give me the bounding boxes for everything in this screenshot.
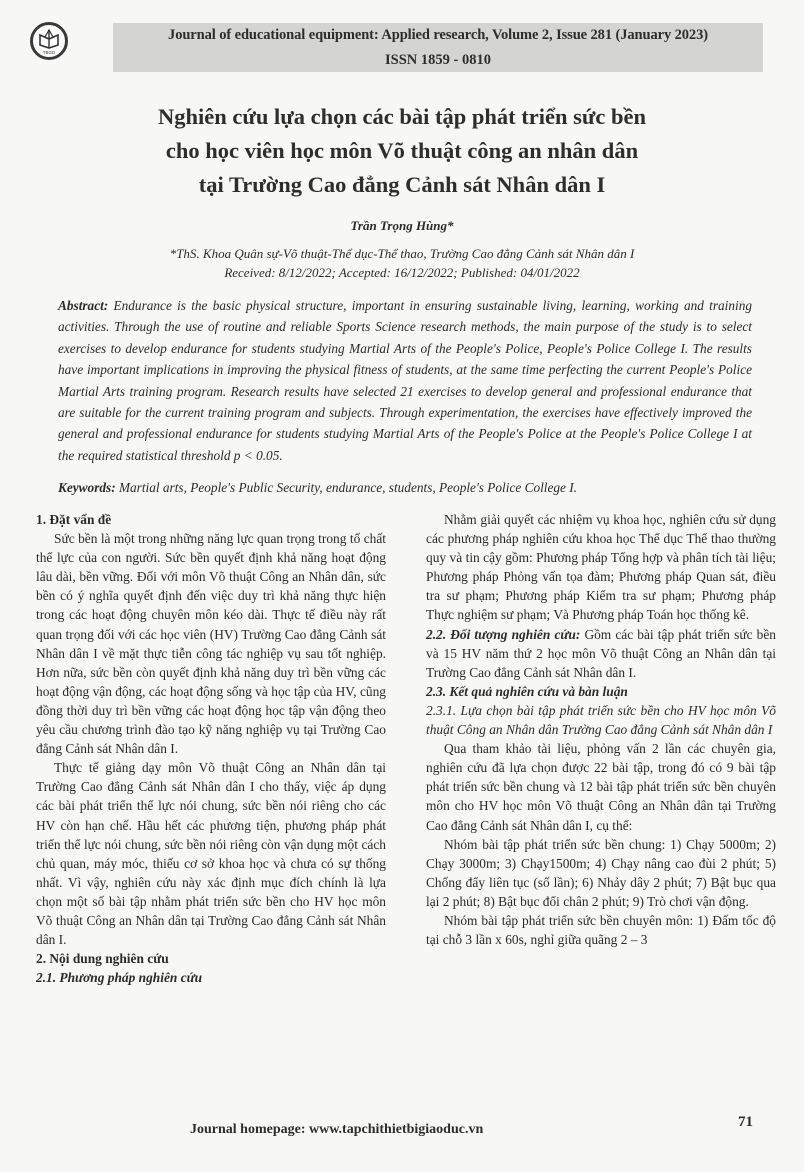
journal-homepage-footer: Journal homepage: www.tapchithietbigiaod… [190, 1122, 483, 1138]
section-heading-content: 2. Nội dung nghiên cứu [36, 949, 386, 968]
subsection-heading-subjects: 2.2. Đối tượng nghiên cứu: [426, 627, 580, 642]
subsubsection-heading-selection: 2.3.1. Lựa chọn bài tập phát triển sức b… [426, 701, 776, 739]
publication-dates: Received: 8/12/2022; Accepted: 16/12/202… [0, 263, 804, 282]
paragraph: Qua tham khảo tài liệu, phỏng vấn 2 lần … [426, 739, 776, 834]
tbgd-emblem-icon: TBGD [33, 25, 65, 57]
keywords-text: Martial arts, People's Public Security, … [119, 480, 577, 495]
keywords: Keywords: Martial arts, People's Public … [58, 480, 752, 496]
paper-title: Nghiên cứu lựa chọn các bài tập phát tri… [60, 100, 744, 202]
title-line-3: tại Trường Cao đẳng Cảnh sát Nhân dân I [60, 168, 744, 202]
subsection-subjects: 2.2. Đối tượng nghiên cứu: Gồm các bài t… [426, 625, 776, 682]
svg-text:TBGD: TBGD [43, 50, 56, 55]
abstract-label: Abstract: [58, 298, 108, 313]
title-line-1: Nghiên cứu lựa chọn các bài tập phát tri… [60, 100, 744, 134]
paragraph: Sức bền là một trong những năng lực quan… [36, 529, 386, 758]
author-affiliation-block: *ThS. Khoa Quân sự-Võ thuật-Thể dục-Thể … [0, 244, 804, 282]
paragraph: Thực tế giảng dạy môn Võ thuật Công an N… [36, 758, 386, 949]
issn: ISSN 1859 - 0810 [113, 52, 763, 69]
title-line-2: cho học viên học môn Võ thuật công an nh… [60, 134, 744, 168]
paragraph: Nhóm bài tập phát triển sức bền chuyên m… [426, 911, 776, 949]
affiliation: *ThS. Khoa Quân sự-Võ thuật-Thể dục-Thể … [0, 244, 804, 263]
journal-header-band: Journal of educational equipment: Applie… [113, 23, 763, 72]
page-number: 71 [738, 1114, 753, 1131]
section-heading-intro: 1. Đặt vấn đề [36, 510, 386, 529]
right-column: Nhằm giải quyết các nhiệm vụ khoa học, n… [426, 510, 776, 949]
paragraph: Nhóm bài tập phát triển sức bền chung: 1… [426, 835, 776, 911]
keywords-label: Keywords: [58, 480, 116, 495]
abstract: Abstract: Endurance is the basic physica… [58, 295, 752, 466]
journal-logo-icon: TBGD [30, 22, 68, 60]
author-name: Trần Trọng Hùng* [0, 218, 804, 234]
subsection-heading-results: 2.3. Kết quả nghiên cứu và bàn luận [426, 682, 776, 701]
paragraph: Nhằm giải quyết các nhiệm vụ khoa học, n… [426, 510, 776, 625]
abstract-text: Endurance is the basic physical structur… [58, 298, 752, 463]
left-column: 1. Đặt vấn đề Sức bền là một trong những… [36, 510, 386, 987]
subsection-heading-methods: 2.1. Phương pháp nghiên cứu [36, 968, 386, 987]
journal-citation: Journal of educational equipment: Applie… [113, 27, 763, 44]
